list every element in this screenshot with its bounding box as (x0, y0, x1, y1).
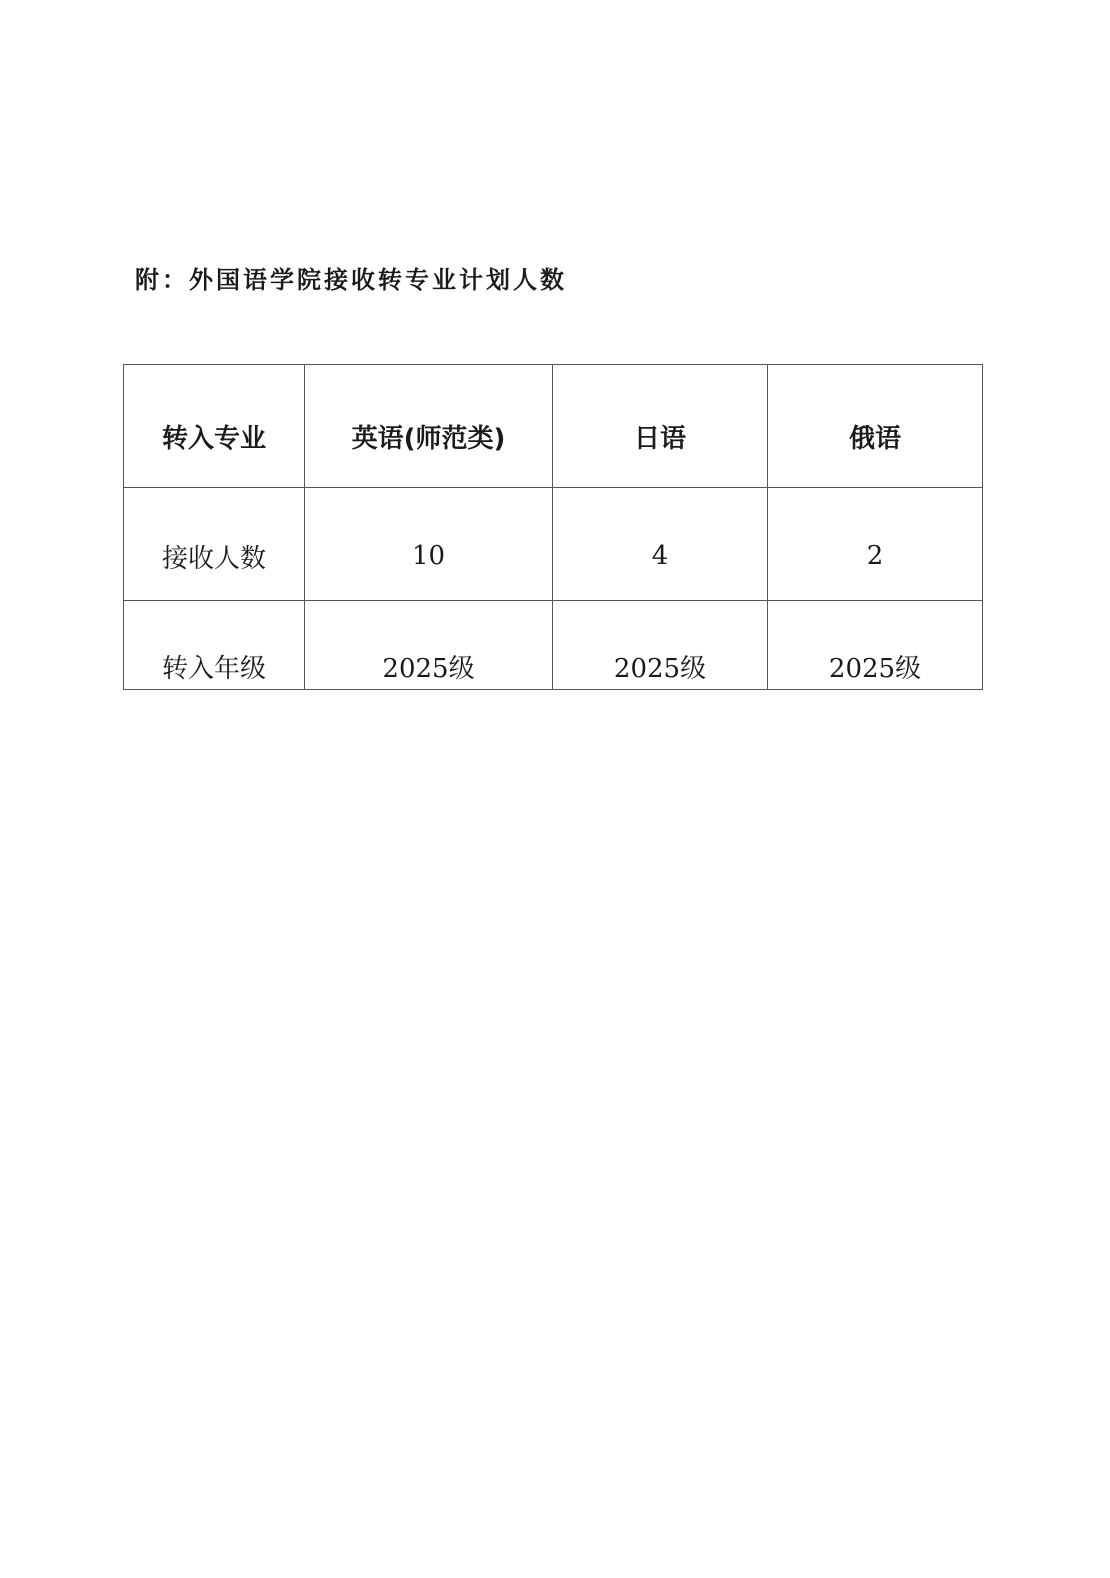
table-row-major: 转入专业 英语(师范类) 日语 俄语 (124, 365, 983, 488)
table-row-grade: 转入年级 2025级 2025级 2025级 (124, 601, 983, 690)
cell-russian-count: 2 (768, 488, 983, 601)
cell-english-count: 10 (305, 488, 553, 601)
transfer-plan-table: 转入专业 英语(师范类) 日语 俄语 接收人数 10 4 2 转入年级 2025… (123, 364, 983, 690)
cell-russian: 俄语 (768, 365, 983, 488)
cell-russian-grade: 2025级 (768, 601, 983, 690)
row-label: 转入年级 (124, 601, 305, 690)
cell-english-grade: 2025级 (305, 601, 553, 690)
cell-english: 英语(师范类) (305, 365, 553, 488)
cell-japanese: 日语 (553, 365, 768, 488)
table-row-count: 接收人数 10 4 2 (124, 488, 983, 601)
cell-japanese-count: 4 (553, 488, 768, 601)
document-title: 附：外国语学院接收转专业计划人数 (135, 260, 567, 295)
row-label: 接收人数 (124, 488, 305, 601)
cell-japanese-grade: 2025级 (553, 601, 768, 690)
row-label: 转入专业 (124, 365, 305, 488)
